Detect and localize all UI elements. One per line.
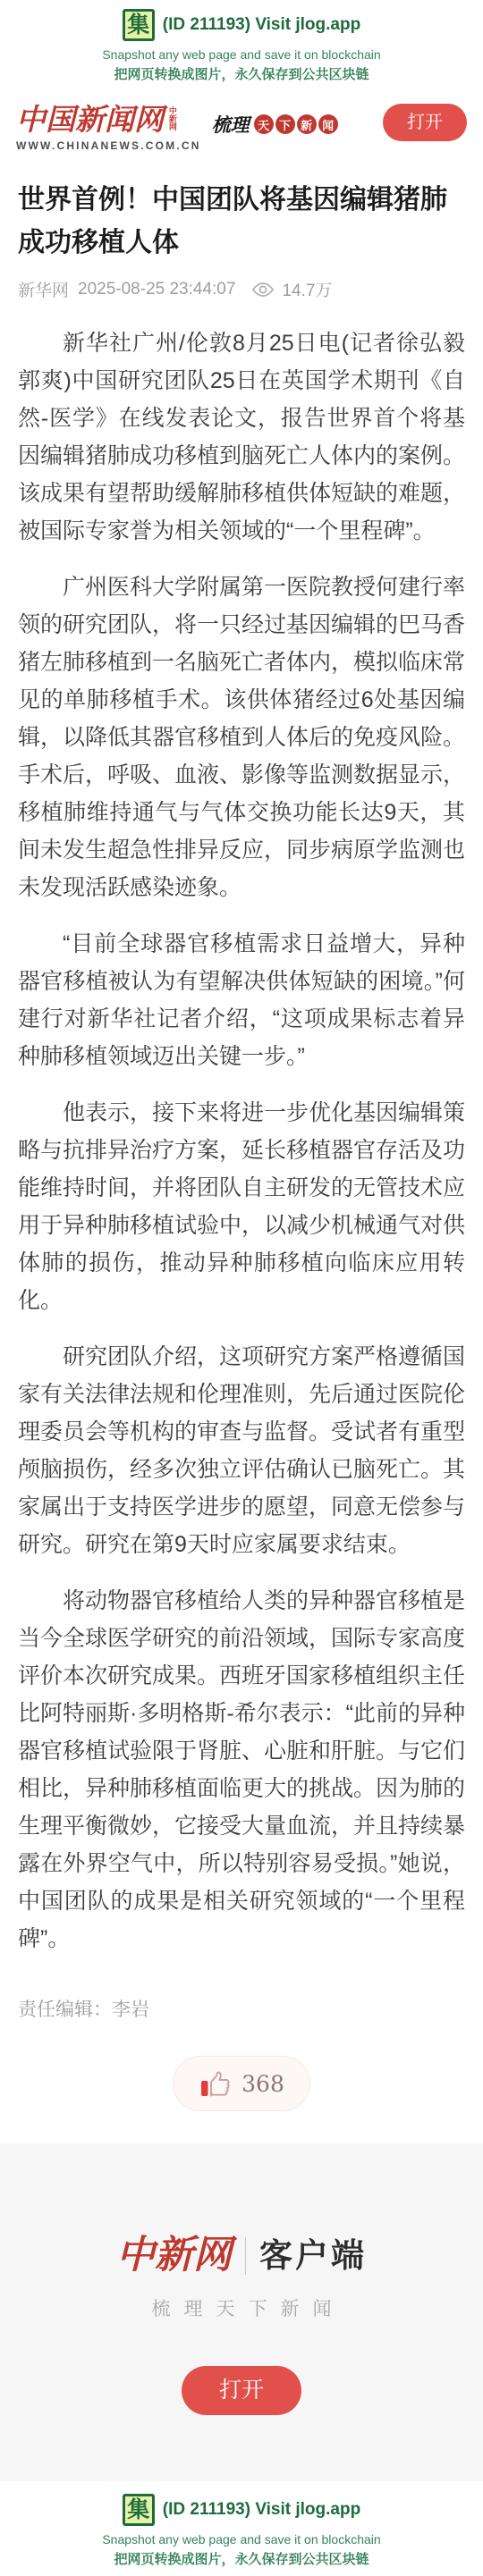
- open-app-button-footer[interactable]: 打开: [182, 2366, 301, 2415]
- snapshot-banner-bottom: 集 (ID 211193) Visit jlog.app Snapshot an…: [0, 2481, 483, 2576]
- footer-logo-divider: [245, 2237, 246, 2275]
- tagline-seal-icons: 天下新闻: [252, 114, 338, 134]
- open-app-button-header[interactable]: 打开: [383, 104, 467, 141]
- snapshot-subtitle-zh: 把网页转换成图片，永久保存到公共区块链: [0, 64, 483, 83]
- footer-client-label: 客户端: [259, 2239, 367, 2272]
- like-count: 368: [241, 2071, 284, 2097]
- chinanews-logo-side-text: 中新网: [167, 106, 176, 130]
- article-source: 新华网: [18, 277, 69, 301]
- article-paragraph: 广州医科大学附属第一医院教授何建行率领的研究团队，将一只经过基因编辑的巴马香猪左…: [18, 568, 465, 906]
- tagline-prefix: 梳理: [212, 111, 250, 138]
- article-byline: 新华网 2025-08-25 23:44:07 14.7万: [18, 277, 465, 301]
- views-eye-icon: [251, 281, 275, 299]
- app-promo-footer: 中新网 客户端 梳理天下新闻 打开: [0, 2143, 483, 2481]
- article-paragraph: 他表示，接下来将进一步优化基因编辑策略与抗排异治疗方案，延长移植器官存活及功能维…: [18, 1094, 465, 1319]
- chinanews-url: WWW.CHINANEWS.COM.CN: [16, 139, 201, 152]
- like-button[interactable]: 368: [173, 2056, 310, 2111]
- tagline-seal-char: 下: [275, 114, 295, 134]
- chinanews-logo-text: 中国新闻网: [16, 104, 164, 136]
- snapshot-id-line: (ID 211193) Visit jlog.app: [163, 15, 360, 35]
- article-title: 世界首例！中国团队将基因编辑猪肺成功移植人体: [18, 179, 465, 265]
- ji-logo-icon: 集: [123, 2494, 155, 2526]
- tagline-seal-char: 新: [297, 114, 317, 134]
- article-paragraph: “目前全球器官移植需求日益增大，异种器官移植被认为有望解决供体短缺的困境。”何建…: [18, 925, 465, 1075]
- snapshot-banner-link[interactable]: 集 (ID 211193) Visit jlog.app: [0, 2494, 483, 2526]
- article-datetime: 2025-08-25 23:44:07: [78, 280, 235, 299]
- article: 世界首例！中国团队将基因编辑猪肺成功移植人体 新华网 2025-08-25 23…: [0, 159, 483, 2111]
- snapshot-subtitle-en: Snapshot any web page and save it on blo…: [0, 2532, 483, 2547]
- chinanews-logo[interactable]: 中国新闻网 中新网 WWW.CHINANEWS.COM.CN: [16, 104, 201, 152]
- thumbs-up-icon: [199, 2068, 233, 2099]
- snapshot-banner-link[interactable]: 集 (ID 211193) Visit jlog.app: [0, 9, 483, 41]
- ji-logo-icon: 集: [123, 9, 155, 41]
- article-paragraph: 研究团队介绍，这项研究方案严格遵循国家有关法律法规和伦理准则，先后通过医院伦理委…: [18, 1338, 465, 1563]
- footer-chinanews-logo: 中新网: [116, 2236, 232, 2275]
- article-paragraph: 将动物器官移植给人类的异种器官移植是当今全球医学研究的前沿领域，国际专家高度评价…: [18, 1582, 465, 1957]
- footer-tagline: 梳理天下新闻: [13, 2294, 483, 2321]
- view-count: 14.7万: [282, 277, 332, 301]
- snapshot-subtitle-zh: 把网页转换成图片，永久保存到公共区块链: [0, 2549, 483, 2568]
- snapshot-id-line: (ID 211193) Visit jlog.app: [163, 2500, 360, 2520]
- site-header: 中国新闻网 中新网 WWW.CHINANEWS.COM.CN 梳理 天下新闻 打…: [0, 91, 483, 159]
- editor-credit: 责任编辑：李岩: [18, 1995, 465, 2022]
- site-tagline: 梳理 天下新闻: [212, 111, 338, 138]
- article-content: 新华社广州/伦敦8月25日电(记者徐弘毅 郭爽)中国研究团队25日在英国学术期刊…: [18, 324, 465, 1957]
- tagline-seal-char: 天: [254, 114, 274, 134]
- tagline-seal-char: 闻: [318, 114, 338, 134]
- snapshot-banner-top: 集 (ID 211193) Visit jlog.app Snapshot an…: [0, 0, 483, 91]
- snapshot-subtitle-en: Snapshot any web page and save it on blo…: [0, 47, 483, 62]
- article-paragraph: 新华社广州/伦敦8月25日电(记者徐弘毅 郭爽)中国研究团队25日在英国学术期刊…: [18, 324, 465, 550]
